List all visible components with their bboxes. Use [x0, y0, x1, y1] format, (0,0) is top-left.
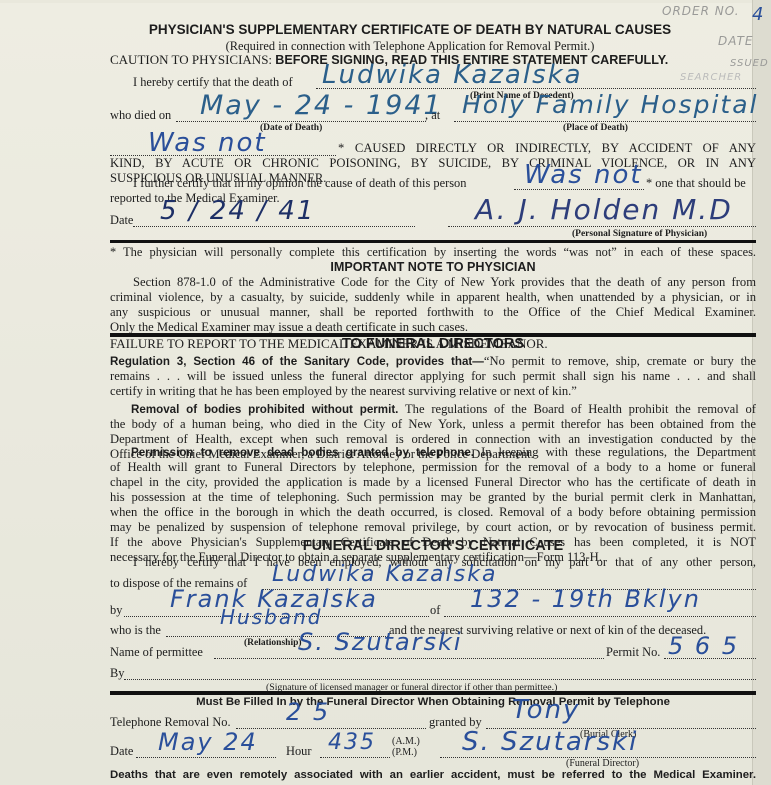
caution-prefix: CAUTION TO PHYSICIANS: — [110, 52, 272, 67]
note-line: Section 878-1.0 of the Administrative Co… — [110, 275, 756, 290]
permittee-signature: S. Szutarski — [298, 628, 463, 656]
of-line — [444, 616, 756, 617]
relationship-caption: (Relationship) — [244, 638, 302, 648]
accident-warning-text: Deaths that are even remotely associated… — [110, 769, 756, 781]
pm-label: (P.M.) — [392, 747, 420, 758]
am-pm-labels: (A.M.) (P.M.) — [392, 736, 420, 758]
by-signature-label: By — [110, 666, 124, 681]
further-tail: * one that should be — [646, 176, 746, 191]
fd-certificate-heading: FUNERAL DIRECTOR'S CERTIFICATE — [110, 538, 756, 554]
permission-text: of Health will grant to Funeral Director… — [110, 460, 756, 475]
permission-text: In keeping with these regulations, the D… — [481, 445, 756, 459]
dispose-value: Ludwika Kazalska — [272, 562, 497, 587]
issued-stamp: SSUED — [730, 58, 769, 69]
telephone-heading: Must Be Filled In by the Funeral Directo… — [110, 696, 756, 708]
phone-date-label: Date — [110, 744, 133, 759]
by-label: by — [110, 603, 122, 618]
removal-bold: Removal of bodies prohibited without per… — [131, 403, 398, 416]
removal-no-line — [236, 728, 426, 729]
date-label: Date — [110, 213, 133, 228]
removal-text: The regulations of the Board of Health p… — [405, 402, 756, 416]
order-no-stamp: ORDER NO. — [662, 4, 740, 18]
died-on-label: who died on — [110, 108, 171, 123]
searcher-stamp: SEARCHER — [680, 72, 742, 83]
permission-text: when the office in the borough in which … — [110, 505, 756, 520]
decedent-name: Ludwika Kazalska — [322, 60, 583, 90]
note-line: any suspicious or unusual manner, shall … — [110, 305, 756, 320]
of-label: of — [430, 603, 440, 618]
document-title: PHYSICIAN'S SUPPLEMENTARY CERTIFICATE OF… — [110, 22, 710, 37]
regulation-text: remains . . . will be issued unless the … — [110, 369, 756, 384]
regulation-text: certify in writing that he has been empl… — [110, 384, 756, 399]
was-not-2: Was not — [524, 160, 643, 190]
permission-text: may be penalized by suspension of teleph… — [110, 520, 756, 535]
important-note-heading: IMPORTANT NOTE TO PHYSICIAN — [110, 260, 756, 274]
date-of-death-caption: (Date of Death) — [260, 123, 322, 133]
regulation-bold: Regulation 3, Section 46 of the Sanitary… — [110, 355, 484, 368]
footnote-text: * The physician will personally complete… — [110, 245, 756, 260]
hour-line — [320, 757, 390, 758]
regulation-text: “No permit to remove, ship, cremate or b… — [484, 354, 756, 368]
funeral-directors-heading: TO FUNERAL DIRECTORS — [110, 336, 756, 352]
certify-label: I hereby certify that the death of — [133, 75, 293, 90]
section-divider — [110, 691, 756, 695]
relationship-value: Husband — [220, 605, 322, 629]
funeral-director-caption: (Funeral Director) — [566, 758, 639, 769]
caused-line-1-text: * CAUSED DIRECTLY OR INDIRECTLY, BY ACCI… — [338, 141, 756, 156]
date-stamp: DATE — [718, 34, 754, 48]
caused-line-1: * CAUSED DIRECTLY OR INDIRECTLY, BY ACCI… — [338, 141, 756, 156]
permit-no-label: Permit No. — [606, 645, 660, 660]
permission-text: chapel in the city, provided the applica… — [110, 475, 756, 490]
granted-by-value: Tony — [512, 695, 580, 725]
date-line — [133, 226, 415, 227]
regulation-paragraph: Regulation 3, Section 46 of the Sanitary… — [110, 354, 756, 399]
permit-no-value: 5 6 5 — [668, 632, 739, 660]
signature-line — [448, 226, 756, 227]
removal-text: the body of a human being, who died in t… — [110, 417, 756, 432]
who-is-label: who is the — [110, 623, 161, 638]
date-of-death: May - 24 - 1941 — [200, 90, 443, 121]
hour-value: 435 — [328, 730, 376, 755]
phone-date-value: May 24 — [158, 728, 258, 756]
am-label: (A.M.) — [392, 736, 420, 747]
further-certify-label: I further certify that in my opinion the… — [133, 176, 466, 191]
section-divider — [110, 240, 756, 243]
order-no-value: 4 — [752, 4, 765, 25]
permission-bold: Permission to remove dead bodies granted… — [131, 446, 474, 459]
of-value: 132 - 19th Bklyn — [470, 585, 701, 613]
funeral-director-signature: S. Szutarski — [462, 727, 638, 757]
place-of-death-caption: (Place of Death) — [563, 123, 628, 133]
physician-signature: A. J. Holden M.D — [475, 193, 733, 226]
caused-line-2: KIND, BY ACUTE OR CHRONIC POISONING, BY … — [110, 156, 756, 171]
at-label: , at — [425, 108, 440, 123]
permission-text: his possession at the time of telephonin… — [110, 490, 756, 505]
note-line: criminal violence, by a casualty, by sui… — [110, 290, 756, 305]
permittee-line — [214, 658, 604, 659]
footnote: * The physician will personally complete… — [110, 245, 756, 260]
signature-caption: (Personal Signature of Physician) — [572, 229, 707, 239]
date-of-death-line — [176, 121, 426, 122]
permittee-label: Name of permittee — [110, 645, 203, 660]
accident-warning: Deaths that are even remotely associated… — [110, 769, 756, 781]
physician-date: 5 / 24 / 41 — [160, 196, 315, 226]
was-not-1: Was not — [148, 128, 267, 158]
phone-date-line — [136, 757, 276, 758]
removal-no-value: 2 5 — [286, 698, 330, 726]
by-signature-line — [124, 679, 756, 680]
place-of-death: Holy Family Hospital — [462, 90, 758, 119]
place-of-death-line — [454, 121, 756, 122]
hour-label: Hour — [286, 744, 311, 759]
